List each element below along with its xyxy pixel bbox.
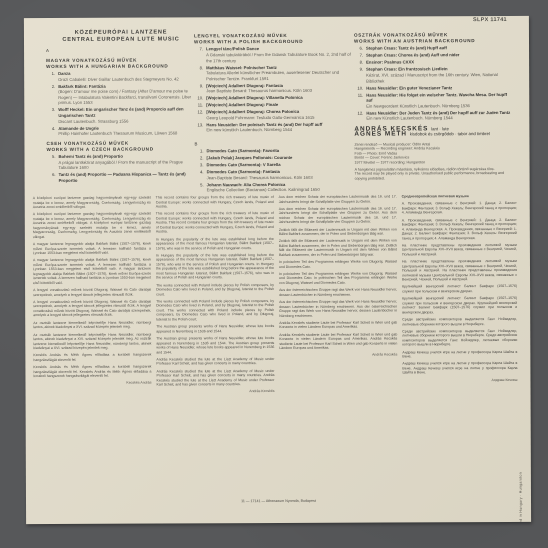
credits: Zenei rendező — Musical producer: Ödön A… (354, 142, 514, 165)
notes-paragraph-cont: Az osztrák lantzene kiemelkedő képviselő… (33, 332, 151, 351)
notes-signature: András Kecskés (279, 353, 397, 358)
notes-english: This record contains four groups from th… (156, 195, 275, 394)
notes-paragraph-cont: Aus der österreichischen Gruppe ragt das… (279, 300, 397, 319)
track-source: A prágai lantkézirat anyagából / From th… (59, 159, 197, 171)
section-heading-en: WORKS WITH A HUNGARIAN BACKGROUND (46, 63, 196, 70)
section-czech: CSEH VONATKOZÁSÚ MŰVEKWORKS WITH A CZECH… (46, 140, 196, 183)
credit-line: 1977 felvétel — 1977 recording: Hungarot… (355, 160, 515, 165)
track-source: (Bogen: D'amour me poise com) / Fantasy … (58, 89, 196, 106)
track-item: 6.Tantz és (and) Proportio — Paduana His… (47, 172, 197, 184)
track-title: [Wojciech] Adalbert Długoraj: Finale (206, 102, 278, 108)
track-number: 5. (46, 154, 58, 171)
track-body: Diomedes Cato (Sarmonta): V Sarella (207, 162, 281, 168)
notes-paragraph: A középkori európai lantzene gazdag hagy… (33, 196, 151, 210)
notes-paragraph: This record contains four groups from th… (156, 195, 274, 209)
track-item: 11.Hans Neusidler: Hie folget ein welsch… (354, 91, 514, 108)
track-body: Diomedes Cato (Sarmonta): FantasiaJean-B… (207, 169, 313, 181)
track-source: Discant Lautenbuch. Strassburg 1556 (58, 118, 196, 124)
track-item: 10.Hans Neusidler: Ein guter Venezianer … (354, 84, 514, 90)
notes-paragraph-cont: Kecskés András és Méth Ágnes előadása a … (33, 365, 151, 379)
notes-paragraph: The Austrian group presents works of Han… (156, 324, 274, 334)
track-source: Ein Newgeordent Künstlich Lautenbuch. Nü… (366, 103, 514, 109)
track-body: Tantz és (and) Proportio — Paduana Hispa… (59, 172, 197, 184)
notes-paragraph: Андраш Кечкеш учился игре на лютне у про… (402, 350, 517, 360)
track-number: 11. (194, 103, 206, 109)
notes-paragraph: Aus dem reichen Schatz der europäischen … (279, 194, 397, 204)
notes-paragraph-cont: In polnischen Teil des Programms erkling… (279, 271, 397, 285)
track-number: 13. (194, 122, 206, 133)
track-title: Tantz és (and) Proportio — Paduana Hispa… (59, 172, 197, 184)
section-heading-en: WORKS WITH A POLISH BACKGROUND (194, 39, 354, 46)
catalog-number: SLPX 11741 (473, 17, 507, 23)
record-sleeve-back: SLPX 11741 KÖZÉPEURÓPAI LANTZENE CENTRAL… (24, 16, 531, 524)
track-number: 4. (46, 125, 58, 136)
notes-russian: Среднеевропейская лютневая музыкаА. Прои… (402, 194, 518, 383)
track-body: Wolff Heckel: Ein ungarischer Tanz és (a… (58, 107, 196, 124)
notes-paragraph-cont: Андраш Кечкеш учился игре на лютне у про… (402, 361, 517, 375)
track-item: 9.[Wojciech] Adalbert Długoraj: Fantasia… (194, 82, 354, 94)
notes-paragraph-cont: A középkori európai lantzene gazdag hagy… (33, 212, 151, 240)
track-body: DanzaOrazi Cabalelli: Diver Gaillar Laut… (58, 70, 179, 82)
track-item: 4.Alamande de UngriePhillip Hainhofer La… (46, 125, 196, 137)
notes-paragraph: Крупнейший венгерский лютнист Балинт Бак… (402, 284, 517, 294)
notes-paragraph-cont: А. Произведения, связанные с Венгрией: 1… (402, 218, 517, 241)
track-item: 12.[Wojciech] Adalbert Długoraj: Chorea … (194, 109, 354, 121)
track-source: Ein new künstlich Lautenbuch. Nürnberg 1… (206, 127, 322, 133)
track-number: 12. (354, 110, 366, 121)
notes-paragraph-cont: András Kecskés studied the lute at the L… (156, 369, 274, 388)
track-source: Kézirat, XVI. század / Manuscript from t… (366, 72, 514, 84)
track-number: 7. (354, 53, 366, 59)
printer-footer: 11 — 17141 — Athenaeum Nyomda, Budapest (26, 498, 531, 504)
track-body: Hans Neusidler: Hie folget ein welscher … (366, 91, 514, 108)
notes-paragraph: А. Произведения, связанные с Венгрией: 1… (402, 201, 517, 215)
track-body: [Wojciech] Adalbert Długoraj: Finale (206, 102, 278, 108)
disclaimer-line: The record may be played only in private… (355, 171, 515, 181)
section-hungarian: MAGYAR VONATKOZÁSÚ MŰVEKWORKS WITH A HUN… (46, 57, 196, 137)
track-body: Bakfark Bálint: Fantázia(Bogen: D'amour … (58, 83, 196, 106)
section-austrian: OSZTRÁK VONATKOZÁSÚ MŰVEKWORKS WITH AN A… (354, 32, 514, 122)
notes-paragraph-cont: The works connected with Poland include … (156, 299, 274, 322)
notes-paragraph: Zeitlich fällt die Blütezeit der Lautenm… (279, 227, 397, 237)
tracklist-column-middle: LENGYEL VONATKOZÁSÚ MŰVEKWORKS WITH A PO… (194, 29, 355, 193)
track-item: 1.DanzaOrazi Cabalelli: Diver Gaillar La… (46, 70, 196, 82)
track-item: 1.Diomedes Cato (Sarmonta): Favorita (194, 148, 354, 154)
track-body: Johann Nauwach: Alia Chorea PolonicaEngl… (207, 181, 320, 193)
track-title: Stephan Craus: Chorea és (and) Auff und … (366, 53, 459, 59)
section-heading-en: WORKS WITH A CZECH BACKGROUND (46, 146, 196, 153)
track-title: Stephan Craus: Tantz és (and) Hupff auff (366, 46, 447, 52)
notes-paragraph: На пластинке представлены произведения л… (402, 243, 517, 257)
track-number: 2. (46, 84, 58, 106)
track-title: Wolff Heckel: Ein ungarischer Tanz és (a… (58, 107, 196, 119)
track-item: 2.Bakfark Bálint: Fantázia(Bogen: D'amou… (46, 83, 196, 106)
track-item: 10.[Wojciech] Adalbert Długoraj: Villane… (194, 95, 354, 101)
track-number: 3. (46, 107, 58, 124)
track-item: 7.Lengyel tánc/Polish DanceA Gdanski tab… (194, 46, 354, 63)
track-number: 1. (46, 71, 58, 82)
notes-paragraph-cont: Среди австрийских композиторов выделяетс… (402, 329, 517, 348)
track-number: 6. (47, 172, 59, 183)
performer-role: kisdobok és csörgődob · tabor and timbre… (410, 132, 490, 137)
notes-signature: Андраш Кечкеш (402, 378, 517, 383)
track-source: Tabulatura Allerlei künstlicher Preambul… (206, 70, 354, 82)
track-title: Ensinor: Psalmus CXXX (366, 60, 414, 66)
notes-paragraph: In polnischen Teil des Programms erkling… (279, 260, 397, 270)
track-item: 3.Diomedes Cato (Sarmonta): V Sarella (195, 162, 355, 168)
track-source: Jean Baptiste Besard: Thesaurus harmonic… (206, 88, 312, 94)
track-body: Hans Neusidler: Der Juden Tantz és (and)… (366, 110, 510, 122)
track-body: [Jakub Polak] Jacques Pollonais: Courant… (206, 155, 292, 161)
track-number: 8. (194, 65, 206, 82)
track-title: Diomedes Cato (Sarmonta): V Sarella (207, 162, 281, 168)
track-number: 7. (194, 47, 206, 64)
track-number: 6. (354, 46, 366, 52)
track-source: Ein new Künstlich Lautenbuch. Nürnberg 1… (366, 115, 510, 121)
track-source: Englische Collection (Bocianow) Collecti… (207, 187, 320, 193)
track-number: 3. (195, 162, 207, 168)
notes-paragraph: A magyar lantzene legnagyobb alakja Bakf… (33, 242, 151, 256)
track-title: [Wojciech] Adalbert Długoraj: Villanella… (206, 95, 303, 101)
track-source: Jean-Baptiste Besard: Thesaurus harmonic… (207, 174, 313, 180)
notes-german: Aus dem reichen Schatz der europäischen … (279, 194, 398, 357)
notes-signature: Kecskés András (33, 381, 151, 386)
track-body: [Wojciech] Adalbert Długoraj: Chorea Pol… (206, 109, 314, 121)
notes-paragraph-cont: A lengyel vonatkozású művek között Długo… (33, 300, 151, 319)
track-source: Phillip Hainhofer Lautenbuch Thesaurum M… (58, 131, 177, 137)
track-body: [Wojciech] Adalbert Długoraj: FantasiaJe… (206, 83, 312, 95)
track-body: Ensinor: Psalmus CXXX (366, 60, 414, 66)
track-body: [Wojciech] Adalbert Długoraj: Villanella… (206, 95, 303, 101)
side-a-label: A (46, 47, 196, 53)
track-title: Hans Neusidler: Ein guter Venezianer Tan… (366, 85, 452, 91)
track-number: 2. (194, 155, 206, 161)
track-body: Stephan Craus: Ein frantzosisch Liedlein… (366, 66, 514, 83)
track-item: 8.Ensinor: Psalmus CXXX (354, 59, 514, 65)
side-b-label: B (194, 141, 354, 147)
track-item: 8.Matthäus Waissel: Polnischer TantzTabu… (194, 64, 354, 81)
track-number: 4. (195, 169, 207, 180)
track-source: Georg Leopold Fuhrmann: Testudo Gallo-Ge… (206, 115, 314, 121)
track-item: 6.Stephan Craus: Tantz és (and) Hupff au… (354, 45, 514, 51)
disclaimer: A hanglemez jogosulatlan másolása, nyilv… (355, 167, 515, 181)
track-item: 9.Stephan Craus: Ein frantzosisch Liedle… (354, 66, 514, 83)
track-item: 13.Hans Neusidler: Der polnisch Tantz és… (194, 122, 354, 134)
track-item: 12.Hans Neusidler: Der Juden Tantz és (a… (354, 110, 514, 122)
tracklist-column-left: KÖZÉPEURÓPAI LANTZENE CENTRAL EUROPEAN L… (46, 29, 197, 183)
track-number: 11. (354, 92, 366, 109)
track-item: 2.[Jakub Polak] Jacques Pollonais: Coura… (194, 155, 354, 161)
notes-paragraph: A lengyel vonatkozású művek között Długo… (33, 288, 151, 298)
notes-paragraph-cont: András Kecskés studierte Laute bei Profe… (279, 332, 397, 351)
notes-paragraph: In Hungary the popularity of the lute wa… (156, 237, 274, 251)
track-title: Hans Neusidler: Hie folget ein welscher … (366, 91, 514, 103)
track-source: Orazi Cabalelli: Diver Gaillar Lautenbuc… (58, 76, 179, 82)
track-body: Diomedes Cato (Sarmonta): Favorita (206, 148, 279, 154)
tracklist-column-right: OSZTRÁK VONATKOZÁSÚ MŰVEKWORKS WITH AN A… (354, 28, 515, 181)
track-item: 3.Wolff Heckel: Ein ungarischer Tanz és … (46, 107, 196, 124)
track-body: Bohemi Tantz és (and) ProportioA prágai … (58, 153, 196, 170)
track-number: 9. (354, 67, 366, 84)
notes-paragraph-cont: Крупнейший венгерский лютнист Балинт Бак… (402, 296, 517, 315)
notes-paragraph: András Kecskés studied the lute at the L… (156, 357, 274, 367)
section-heading-en: WORKS WITH AN AUSTRIAN BACKGROUND (354, 38, 514, 45)
notes-paragraph-cont: This record contains four groups from th… (156, 211, 274, 234)
album-title-en: CENTRAL EUROPEAN LUTE MUSIC (46, 36, 196, 44)
notes-hungarian: A középkori európai lantzene gazdag hagy… (33, 196, 152, 386)
track-body: Lengyel tánc/Polish DanceA Gdanski tabul… (206, 46, 354, 63)
notes-paragraph-cont: На пластинке представлены произведения л… (402, 259, 517, 282)
track-item: 5.Johann Nauwach: Alia Chorea PolonicaEn… (195, 181, 355, 193)
notes-paragraph-cont: In Hungary the popularity of the lute wa… (156, 253, 274, 281)
notes-paragraph: Kecskés András és Méth Ágnes előadása a … (33, 353, 151, 363)
track-title: Diomedes Cato (Sarmonta): Favorita (206, 148, 279, 154)
track-number: 10. (194, 96, 206, 102)
vertical-print-info: Printed in Hungary · Hungaroton (519, 472, 523, 524)
track-body: Alamande de UngriePhillip Hainhofer Laut… (58, 125, 177, 137)
section-polish: LENGYEL VONATKOZÁSÚ MŰVEKWORKS WITH A PO… (194, 33, 354, 134)
notes-heading: Среднеевропейская лютневая музыка (402, 194, 517, 199)
track-number: 10. (354, 85, 366, 91)
track-source: A Gdanski tabulatúrából / From the Gdans… (206, 52, 354, 64)
track-item: 5.Bohemi Tantz és (and) ProportioA prága… (46, 153, 196, 170)
notes-paragraph: Az osztrák lantzene kiemelkedő képviselő… (33, 320, 151, 330)
notes-paragraph: Aus der österreichischen Gruppe ragt das… (279, 288, 397, 298)
performer-name: ÁGNES MÉTH kisdobok és csörgődob · tabor… (354, 131, 514, 137)
notes-paragraph: The works connected with Poland include … (156, 283, 274, 297)
notes-paragraph-cont: Aus dem reichen Schatz der europäischen … (279, 206, 397, 225)
section-side-b: 1.Diomedes Cato (Sarmonta): Favorita2.[J… (194, 148, 354, 193)
notes-paragraph: András Kecskés studierte Laute bei Profe… (279, 320, 397, 330)
notes-paragraph-cont: A magyar lantzene legnagyobb alakja Bakf… (33, 258, 151, 286)
track-body: Stephan Craus: Chorea és (and) Auff und … (366, 53, 459, 59)
track-title: [Jakub Polak] Jacques Pollonais: Courant… (206, 155, 292, 161)
track-body: Hans Neusidler: Der polnisch Tantz és (a… (206, 122, 322, 134)
track-item: 7.Stephan Craus: Chorea és (and) Auff un… (354, 52, 514, 58)
track-number: 12. (194, 110, 206, 121)
track-body: Matthäus Waissel: Polnischer TantzTabula… (206, 64, 354, 81)
performers: ANDRÁS KECSKÉS lant · luteÁGNES MÉTH kis… (354, 126, 514, 138)
notes-paragraph: Среди австрийских композиторов выделяетс… (402, 317, 517, 327)
track-body: Hans Neusidler: Ein guter Venezianer Tan… (366, 85, 452, 91)
track-number: 8. (354, 60, 366, 66)
notes-paragraph-cont: Zeitlich fällt die Blütezeit der Lautenm… (279, 239, 397, 258)
track-item: 4.Diomedes Cato (Sarmonta): FantasiaJean… (195, 169, 355, 181)
track-number: 5. (195, 182, 207, 193)
track-number: 1. (194, 148, 206, 154)
track-number: 9. (194, 83, 206, 94)
track-item: 11.[Wojciech] Adalbert Długoraj: Finale (194, 102, 354, 108)
track-body: Stephan Craus: Tantz és (and) Hupff auff (366, 46, 447, 52)
notes-signature: András Kecskés (157, 389, 275, 394)
notes-paragraph-cont: The Austrian group presents works of Han… (156, 336, 274, 355)
